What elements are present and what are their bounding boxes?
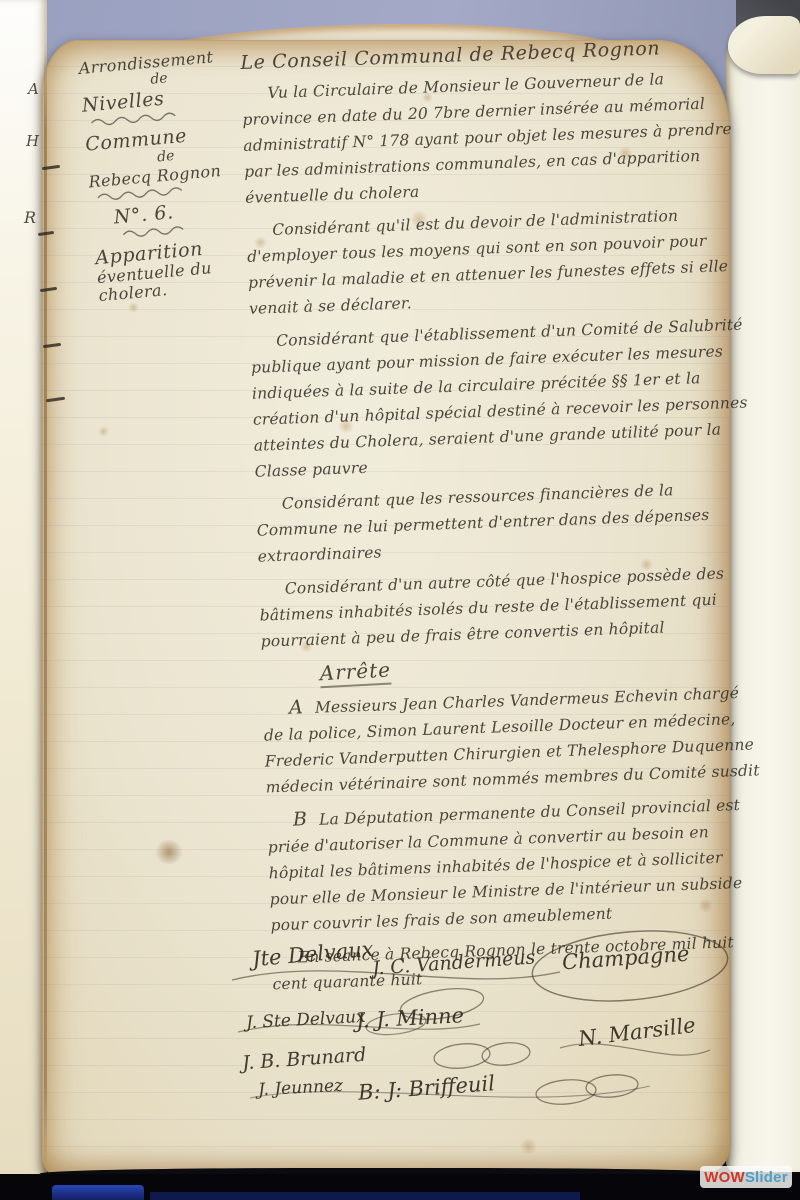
paragraph-considerant-4: Considérant d'un autre côté que l'hospic… <box>258 559 756 654</box>
margin-note-line: N°. 6. <box>113 201 175 228</box>
arrete-item-a: AMessieurs Jean Charles Vandermeus Echev… <box>263 678 762 800</box>
edge-fragment: R <box>24 208 36 227</box>
paragraph-considerant-1: Considérant qu'il est du devoir de l'adm… <box>246 201 745 322</box>
watermark-slider: Slider <box>745 1169 788 1186</box>
wowslider-watermark: WOWSlider <box>700 1166 792 1188</box>
stain <box>98 426 109 437</box>
paragraph-considerant-3: Considérant que les ressources financièr… <box>255 474 753 569</box>
book-cover-edge <box>150 1192 580 1200</box>
margin-annotations: Arrondissement de Nivelles Commune de Re… <box>78 46 257 312</box>
deliberation-text: Le Conseil Communal de Rebecq Rognon Vu … <box>240 33 769 1005</box>
watermark-wow: WOW <box>704 1169 745 1186</box>
item-letter: A <box>289 696 304 718</box>
paragraph-considerant-2: Considérant que l'établissement d'un Com… <box>250 312 751 485</box>
ink-smudge <box>154 840 184 864</box>
item-text: La Députation permanente du Conseil prov… <box>268 796 743 934</box>
edge-fragment: H <box>26 132 39 150</box>
edge-fragment: A <box>28 80 39 98</box>
page-corner-curl <box>728 16 800 74</box>
paragraph-vu: Vu la Circulaire de Monsieur le Gouverne… <box>241 64 741 211</box>
margin-note-subject: Apparition éventuelle du cholera. <box>94 234 256 305</box>
margin-note-commune: Commune de Rebecq Rognon <box>85 121 248 202</box>
gutter-page-edge <box>0 0 47 1188</box>
stain <box>520 1138 537 1155</box>
photo-of-manuscript: A H R Arrondissement de Nivelles Commune… <box>0 0 800 1200</box>
margin-note-arrondissement: Arrondissement de Nivelles <box>78 46 241 127</box>
arrete-item-b: BLa Députation permanente du Conseil pro… <box>266 790 766 938</box>
item-letter: B <box>293 808 308 830</box>
item-text: Messieurs Jean Charles Vandermeus Echevi… <box>264 684 760 797</box>
margin-note-number: N°. 6. <box>91 195 251 241</box>
gutter-fold-line <box>44 42 47 1174</box>
book-cover-blue <box>52 1185 144 1200</box>
arrete-heading: Arrête <box>319 657 392 689</box>
